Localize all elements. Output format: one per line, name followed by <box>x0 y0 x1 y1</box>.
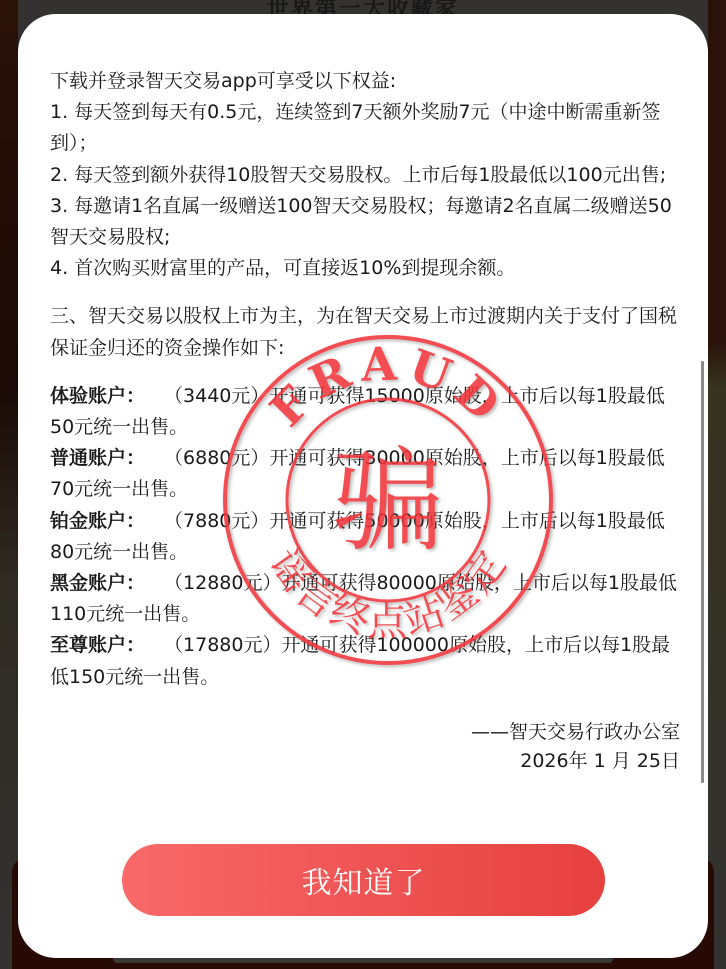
account-tier-label: 至尊账户： <box>50 634 145 656</box>
background-right-edge <box>708 0 726 969</box>
benefit-item-1: 1. 每天签到每天有0.5元，连续签到7天额外奖励7元（中途中断需重新签到）； <box>50 97 680 159</box>
benefit-item-4: 4. 首次购买财富里的产品，可直接返10%到提现余额。 <box>50 253 680 284</box>
paragraph-gap <box>50 284 680 301</box>
benefit-item-2: 2. 每天签到额外获得10股智天交易股权。上市后每1股最低以100元出售; <box>50 160 680 191</box>
account-tier-label: 普通账户： <box>50 447 145 469</box>
benefit-item-3: 3. 每邀请1名直属一级赠送100智天交易股权；每邀请2名直属二级赠送50智天交… <box>50 191 680 253</box>
notice-signature: ——智天交易行政办公室 <box>50 718 680 747</box>
account-tier-description: （12880元）开通可获得80000原始股，上市后以每1股最低110元统一出售。 <box>50 572 677 625</box>
account-tier-regular: 普通账户： （6880元）开通可获得30000原始股，上市后以每1股最低70元统… <box>50 443 680 505</box>
account-tier-label: 铂金账户： <box>50 510 145 532</box>
content-scrollbar[interactable] <box>701 361 704 783</box>
account-tier-supreme: 至尊账户： （17880元）开通可获得100000原始股，上市后以每1股最低15… <box>50 630 680 692</box>
notice-intro: 下载并登录智天交易app可享受以下权益: <box>50 66 680 97</box>
account-tier-experience: 体验账户： （3440元）开通可获得15000原始股，上市后以每1股最低50元统… <box>50 381 680 443</box>
notice-content[interactable]: 下载并登录智天交易app可享受以下权益: 1. 每天签到每天有0.5元，连续签到… <box>50 66 680 776</box>
notice-date: 2026年 1 月 25日 <box>50 747 680 776</box>
acknowledge-button[interactable]: 我知道了 <box>122 844 605 916</box>
notice-signature-block: ——智天交易行政办公室 2026年 1 月 25日 <box>50 718 680 776</box>
account-tier-black-gold: 黑金账户： （12880元）开通可获得80000原始股，上市后以每1股最低110… <box>50 568 680 630</box>
account-tier-label: 体验账户： <box>50 385 145 407</box>
paragraph-gap <box>50 364 680 381</box>
section-three-text: 三、智天交易以股权上市为主，为在智天交易上市过渡期内关于支付了国税保证金归还的资… <box>50 301 680 363</box>
notice-modal: 下载并登录智天交易app可享受以下权益: 1. 每天签到每天有0.5元，连续签到… <box>18 14 708 958</box>
account-tier-platinum: 铂金账户： （7880元）开通可获得50000原始股，上市后以每1股最低80元统… <box>50 506 680 568</box>
account-tier-label: 黑金账户： <box>50 572 145 594</box>
background-left-edge <box>0 0 18 969</box>
